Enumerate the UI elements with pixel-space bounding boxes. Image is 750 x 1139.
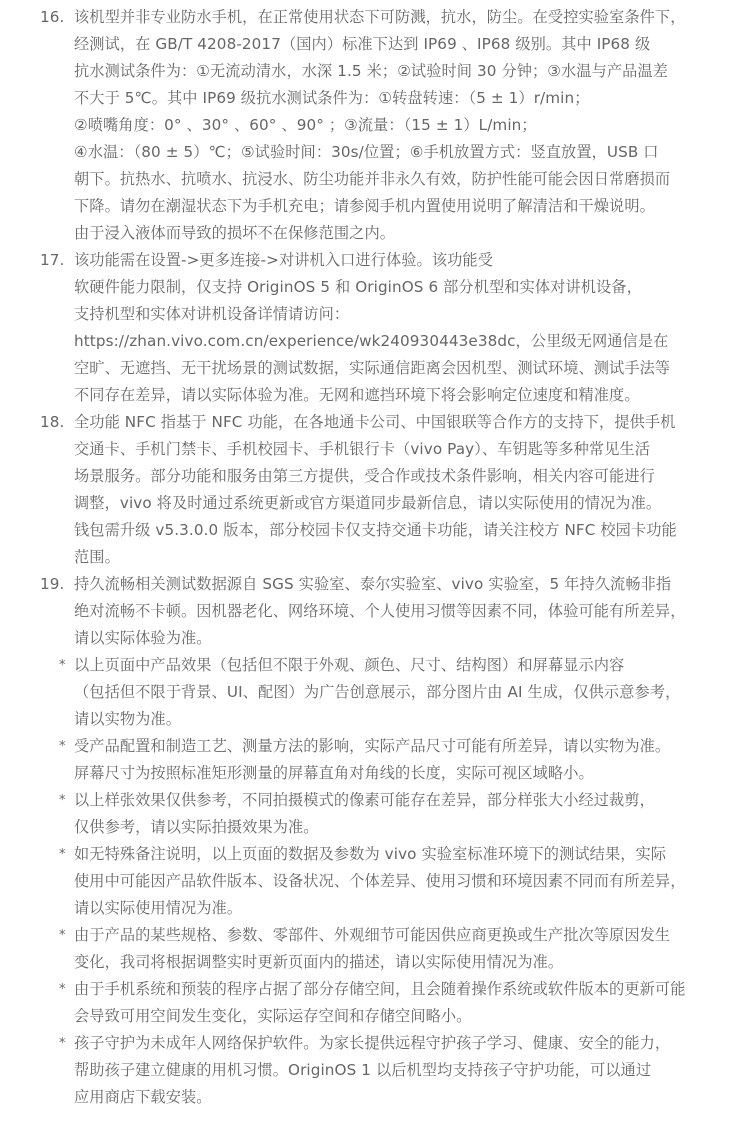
star-note: *以上样张效果仅供参考，不同拍摄模式的像素可能存在差异，部分样张大小经过裁剪，仅…	[0, 787, 750, 841]
star-note: *孩子守护为未成年人网络保护软件。为家长提供远程守护孩子学习、健康、安全的能力，…	[0, 1030, 750, 1111]
numbered-note: 16.该机型并非专业防水手机，在正常使用状态下可防溅，抗水，防尘。在受控实验室条…	[0, 4, 750, 247]
note-line: 以上页面中产品效果（包括但不限于外观、颜色、尺寸、结构图）和屏幕显示内容	[0, 652, 750, 679]
note-line: 抗水测试条件为：①无流动清水，水深 1.5 米；②试验时间 30 分钟；③水温与…	[0, 58, 750, 85]
note-line: 范围。	[0, 544, 750, 571]
note-line: 不同存在差异，请以实际体验为准。无网和遮挡环境下将会影响定位速度和精准度。	[0, 382, 750, 409]
note-line: 如无特殊备注说明，以上页面的数据及参数为 vivo 实验室标准环境下的测试结果，…	[0, 841, 750, 868]
numbered-note: 17.该功能需在设置->更多连接->对讲机入口进行体验。该功能受软硬件能力限制，…	[0, 247, 750, 409]
note-line: 持久流畅相关测试数据源自 SGS 实验室、泰尔实验室、vivo 实验室，5 年持…	[0, 571, 750, 598]
note-line: 应用商店下载安装。	[0, 1084, 750, 1111]
note-line: ④水温：（80 ± 5）℃；⑤试验时间：30s/位置；⑥手机放置方式：竖直放置，…	[0, 139, 750, 166]
note-line: 不大于 5℃。其中 IP69 级抗水测试条件为：①转盘转速：（5 ± 1）r/m…	[0, 85, 750, 112]
star-note: *以上页面中产品效果（包括但不限于外观、颜色、尺寸、结构图）和屏幕显示内容（包括…	[0, 652, 750, 733]
note-line: 经测试，在 GB/T 4208-2017（国内）标准下达到 IP69 、IP68…	[0, 31, 750, 58]
star-note: *如无特殊备注说明，以上页面的数据及参数为 vivo 实验室标准环境下的测试结果…	[0, 841, 750, 922]
note-line: 钱包需升级 v5.3.0.0 版本，部分校园卡仅支持交通卡功能，请关注校方 NF…	[0, 517, 750, 544]
disclaimer-notes: 16.该机型并非专业防水手机，在正常使用状态下可防溅，抗水，防尘。在受控实验室条…	[0, 0, 750, 1111]
note-line: 请以实物为准。	[0, 706, 750, 733]
note-line: 调整，vivo 将及时通过系统更新或官方渠道同步最新信息，请以实际使用的情况为准…	[0, 490, 750, 517]
note-line: 以上样张效果仅供参考，不同拍摄模式的像素可能存在差异，部分样张大小经过裁剪，	[0, 787, 750, 814]
note-line: 使用中可能因产品软件版本、设备状况、个体差异、使用习惯和环境因素不同而有所差异，	[0, 868, 750, 895]
note-line: 全功能 NFC 指基于 NFC 功能，在各地通卡公司、中国银联等合作方的支持下，…	[0, 409, 750, 436]
note-line: 由于浸入液体而导致的损坏不在保修范围之内。	[0, 220, 750, 247]
note-line: 朝下。抗热水、抗喷水、抗浸水、防尘功能并非永久有效，防护性能可能会因日常磨损而	[0, 166, 750, 193]
numbered-notes-list: 16.该机型并非专业防水手机，在正常使用状态下可防溅，抗水，防尘。在受控实验室条…	[0, 4, 750, 652]
note-line: 交通卡、手机门禁卡、手机校园卡、手机银行卡（vivo Pay）、车钥匙等多种常见…	[0, 436, 750, 463]
note-line: 受产品配置和制造工艺、测量方法的影响，实际产品尺寸可能有所差异，请以实物为准。	[0, 733, 750, 760]
note-line: 屏幕尺寸为按照标准矩形测量的屏幕直角对角线的长度，实际可视区域略小。	[0, 760, 750, 787]
note-line: 请以实际体验为准。	[0, 625, 750, 652]
note-line: （包括但不限于背景、UI、配图）为广告创意展示，部分图片由 AI 生成，仅供示意…	[0, 679, 750, 706]
note-line: 由于产品的某些规格、参数、零部件、外观细节可能因供应商更换或生产批次等原因发生	[0, 922, 750, 949]
note-line: 该机型并非专业防水手机，在正常使用状态下可防溅，抗水，防尘。在受控实验室条件下，	[0, 4, 750, 31]
note-line: 支持机型和实体对讲机设备详情请访问：	[0, 301, 750, 328]
note-line: 会导致可用空间发生变化，实际运存空间和存储空间略小。	[0, 1003, 750, 1030]
note-line: 变化，我司将根据调整实时更新页面内的描述，请以实际使用情况为准。	[0, 949, 750, 976]
note-line: 该功能需在设置->更多连接->对讲机入口进行体验。该功能受	[0, 247, 750, 274]
note-line: 由于手机系统和预装的程序占据了部分存储空间，且会随着操作系统或软件版本的更新可能	[0, 976, 750, 1003]
note-line: 空旷、无遮挡、无干扰场景的测试数据，实际通信距离会因机型、测试环境、测试手法等	[0, 355, 750, 382]
star-note: *受产品配置和制造工艺、测量方法的影响，实际产品尺寸可能有所差异，请以实物为准。…	[0, 733, 750, 787]
note-line: 请以实际使用情况为准。	[0, 895, 750, 922]
star-note: *由于手机系统和预装的程序占据了部分存储空间，且会随着操作系统或软件版本的更新可…	[0, 976, 750, 1030]
note-line: 场景服务。部分功能和服务由第三方提供，受合作或技术条件影响，相关内容可能进行	[0, 463, 750, 490]
numbered-note: 19.持久流畅相关测试数据源自 SGS 实验室、泰尔实验室、vivo 实验室，5…	[0, 571, 750, 652]
note-line: 绝对流畅不卡顿。因机器老化、网络环境、个人使用习惯等因素不同，体验可能有所差异，	[0, 598, 750, 625]
star-notes-list: *以上页面中产品效果（包括但不限于外观、颜色、尺寸、结构图）和屏幕显示内容（包括…	[0, 652, 750, 1111]
numbered-note: 18.全功能 NFC 指基于 NFC 功能，在各地通卡公司、中国银联等合作方的支…	[0, 409, 750, 571]
note-line: 软硬件能力限制，仅支持 OriginOS 5 和 OriginOS 6 部分机型…	[0, 274, 750, 301]
note-line: 下降。请勿在潮湿状态下为手机充电；请参阅手机内置使用说明了解清洁和干燥说明。	[0, 193, 750, 220]
star-note: *由于产品的某些规格、参数、零部件、外观细节可能因供应商更换或生产批次等原因发生…	[0, 922, 750, 976]
note-line: 孩子守护为未成年人网络保护软件。为家长提供远程守护孩子学习、健康、安全的能力，	[0, 1030, 750, 1057]
note-line: 仅供参考，请以实际拍摄效果为准。	[0, 814, 750, 841]
note-line: 帮助孩子建立健康的用机习惯。OriginOS 1 以后机型均支持孩子守护功能，可…	[0, 1057, 750, 1084]
note-line: ②喷嘴角度：0° 、30° 、60° 、90° ；③流量：（15 ± 1）L/m…	[0, 112, 750, 139]
note-line: https://zhan.vivo.com.cn/experience/wk24…	[0, 328, 750, 355]
